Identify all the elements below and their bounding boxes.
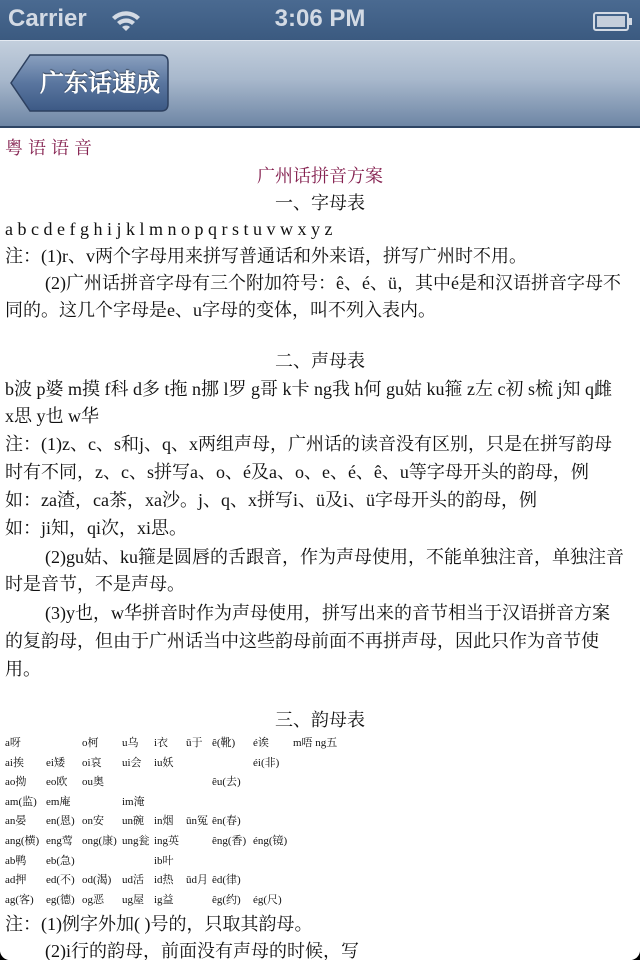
- table-cell: ib叶: [154, 852, 174, 872]
- table-cell: eg(德): [46, 891, 75, 911]
- initials-note-line: 时是音节，不是声母。: [5, 570, 637, 598]
- table-cell: êg(约): [212, 891, 241, 911]
- table-cell: ên(春): [212, 812, 241, 832]
- table-cell: éng(镜): [253, 832, 287, 852]
- table-cell: i衣: [154, 734, 168, 754]
- table-cell: o柯: [82, 734, 99, 754]
- table-cell: u乌: [122, 734, 139, 754]
- section-title: 粤语语音: [5, 134, 637, 162]
- table-cell: ig益: [154, 891, 174, 911]
- table-cell: ang(横): [5, 832, 39, 852]
- finals-note-line: (2)i行的韵母，前面没有声母的时候，写: [45, 937, 640, 960]
- table-cell: ud活: [122, 871, 144, 891]
- table-cell: ei矮: [46, 754, 65, 774]
- finals-table: a呀 o柯 u乌 i衣 ū于 ê(靴) é诶 m唔 ng五 ai挨 ei矮 oi…: [0, 734, 640, 910]
- table-cell: oi哀: [82, 754, 102, 774]
- table-cell: on安: [82, 812, 104, 832]
- navigation-bar: 广东话速成: [0, 40, 640, 128]
- status-bar: Carrier 3:06 PM: [0, 0, 640, 40]
- table-cell: êu(去): [212, 773, 241, 793]
- table-cell: a呀: [5, 734, 21, 754]
- table-cell: ao拗: [5, 773, 26, 793]
- table-cell: êng(香): [212, 832, 246, 852]
- initials-line: b波 p婆 m摸 f科 d多 t拖 n挪 l罗 g哥 k卡 ng我 h何 gu姑…: [5, 375, 637, 403]
- table-cell: ug屋: [122, 891, 144, 911]
- table-cell: ūd月: [186, 871, 208, 891]
- table-row: an晏 en(恩) on安 un碗 in烟 ūn冤 ên(春): [0, 812, 640, 832]
- table-cell: an晏: [5, 812, 26, 832]
- table-cell: en(恩): [46, 812, 75, 832]
- table-cell: ou奥: [82, 773, 104, 793]
- table-cell: ed(不): [46, 871, 75, 891]
- initials-note-line: (3)y也，w华拼音时作为声母使用，拼写出来的音节相当于汉语拼音方案: [45, 599, 640, 627]
- table-cell: in烟: [154, 812, 174, 832]
- clock: 3:06 PM: [0, 5, 640, 33]
- table-cell: eb(急): [46, 852, 75, 872]
- table-cell: ai挨: [5, 754, 24, 774]
- table-row: am(监) em庵 im淹: [0, 793, 640, 813]
- table-cell: ad押: [5, 871, 26, 891]
- table-cell: é诶: [253, 734, 269, 754]
- initials-note-line: (2)gu姑、ku箍是圆唇的舌跟音，作为声母使用，不能单独注音，单独注音: [45, 543, 640, 571]
- table-cell: og恶: [82, 891, 104, 911]
- table-cell: un碗: [122, 812, 144, 832]
- initials-note-line: 如：za渣，ca茶，xa沙。j、q、x拼写i、ü及i、ü字母开头的韵母，例: [5, 486, 637, 514]
- article-content: 粤语语音 广州话拼音方案 一、字母表 a b c d e f g h i j k…: [0, 128, 640, 960]
- table-cell: éi(非): [253, 754, 279, 774]
- table-cell: eng莺: [46, 832, 73, 852]
- table-row: ai挨 ei矮 oi哀 ui会 iu妖 éi(非): [0, 754, 640, 774]
- table-row: ab鸭 eb(急) ib叶: [0, 852, 640, 872]
- alphabet-note-line: 注：(1)r、v两个字母用来拼写普通话和外来语，拼写广州时不用。: [5, 242, 637, 270]
- table-row: ag(客) eg(德) og恶 ug屋 ig益 êg(约) ég(尺): [0, 891, 640, 911]
- table-cell: ūn冤: [186, 812, 208, 832]
- table-cell: eo欧: [46, 773, 67, 793]
- table-row: ao拗 eo欧 ou奥 êu(去): [0, 773, 640, 793]
- table-cell: ū于: [186, 734, 203, 754]
- alphabet-note-line: 同的。这几个字母是e、u字母的变体，叫不列入表内。: [5, 296, 637, 324]
- table-cell: em庵: [46, 793, 70, 813]
- table-cell: od(渴): [82, 871, 111, 891]
- initials-heading: 二、声母表: [0, 347, 640, 375]
- initials-line: x思 y也 w华: [5, 402, 637, 430]
- back-button-label: 广东话速成: [32, 54, 168, 112]
- table-cell: id热: [154, 871, 174, 891]
- initials-note-line: 时有不同，z、c、s拼写a、o、é及a、o、e、é、ê、u等字母开头的韵母，例: [5, 458, 637, 486]
- table-cell: ab鸭: [5, 852, 26, 872]
- table-row: ang(横) eng莺 ong(康) ung瓮 ing英 êng(香) éng(…: [0, 832, 640, 852]
- alphabet-letters: a b c d e f g h i j k l m n o p q r s t …: [5, 215, 637, 243]
- finals-heading: 三、韵母表: [0, 706, 640, 734]
- back-button[interactable]: 广东话速成: [10, 54, 169, 112]
- table-cell: am(监): [5, 793, 37, 813]
- screen: Carrier 3:06 PM: [0, 0, 640, 960]
- table-cell: im淹: [122, 793, 145, 813]
- alphabet-heading: 一、字母表: [0, 189, 640, 217]
- document-title: 广州话拼音方案: [0, 162, 640, 190]
- battery-icon: [593, 10, 633, 29]
- table-cell: ing英: [154, 832, 179, 852]
- initials-note-line: 注：(1)z、c、s和j、q、x两组声母，广州话的读音没有区别，只是在拼写韵母: [5, 430, 637, 458]
- table-cell: m唔 ng五: [293, 734, 337, 754]
- table-cell: êd(律): [212, 871, 241, 891]
- finals-note-line: 注：(1)例字外加( )号的，只取其韵母。: [5, 910, 637, 938]
- table-cell: ê(靴): [212, 734, 235, 754]
- table-row: ad押 ed(不) od(渴) ud活 id热 ūd月 êd(律): [0, 871, 640, 891]
- table-cell: ui会: [122, 754, 142, 774]
- initials-note-line: 的复韵母，但由于广州话当中这些韵母前面不再拼声母，因此只作为音节使: [5, 627, 637, 655]
- initials-note-line: 如：ji知，qi次，xi思。: [5, 514, 637, 542]
- initials-note-line: 用。: [5, 655, 637, 683]
- table-cell: ung瓮: [122, 832, 150, 852]
- table-cell: ag(客): [5, 891, 34, 911]
- alphabet-note-line: (2)广州话拼音字母有三个附加符号：ê、é、ü，其中é是和汉语拼音字母不: [45, 269, 640, 297]
- table-cell: iu妖: [154, 754, 174, 774]
- table-cell: ong(康): [82, 832, 117, 852]
- table-cell: ég(尺): [253, 891, 282, 911]
- table-row: a呀 o柯 u乌 i衣 ū于 ê(靴) é诶 m唔 ng五: [0, 734, 640, 754]
